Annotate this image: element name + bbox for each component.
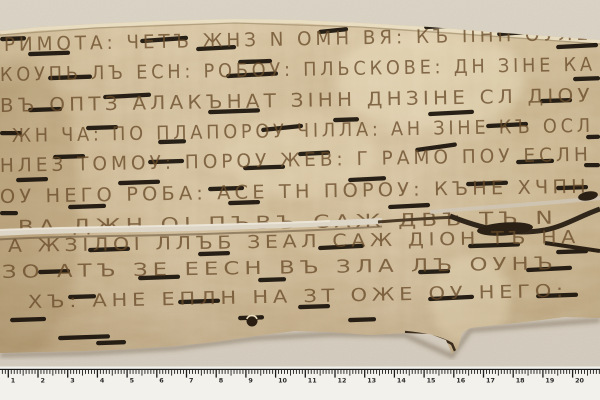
ruler-mm-tick [159,370,160,374]
ruler-mm-tick [254,370,255,374]
ruler-mm-tick [49,370,50,374]
ruler-mm-tick [308,370,309,374]
ruler-mm-tick [332,370,333,374]
ruler-mm-tick [112,370,113,376]
ruler-mm-tick [73,370,74,374]
ruler-mm-tick [43,370,44,374]
ruler-mm-tick [35,370,36,374]
ruler-mm-tick [144,370,145,374]
ruler-mm-tick [403,370,404,374]
ruler-number: 8 [219,377,224,385]
ruler-mm-tick [436,370,437,374]
ruler-mm-tick [168,370,169,374]
ruler-cm-tick [364,370,365,378]
ruler-mm-tick [52,370,53,376]
ruler-mm-tick [17,370,18,374]
ruler-mm-tick [441,370,442,374]
ruler-mm-tick [418,370,419,374]
ruler-mm-tick [201,370,202,376]
ruler-mm-tick [136,370,137,374]
ruler-mm-tick [433,370,434,374]
ruler-mm-tick [219,370,220,374]
ruler-mm-tick [272,370,273,374]
ruler-number: 6 [159,377,164,385]
ruler-mm-tick [444,370,445,374]
bark-hole [247,316,258,327]
ruler-mm-tick [569,370,570,374]
ruler-mm-tick [58,370,59,374]
ruler-mm-tick [358,370,359,374]
ruler-mm-tick [528,370,529,376]
ruler-mm-tick [302,370,303,374]
ruler-mm-tick [320,370,321,376]
ruler-mm-tick [587,370,588,376]
ruler-mm-tick [103,370,104,374]
ruler-cm-tick [8,370,9,378]
ruler-mm-tick [504,370,505,374]
ruler-mm-tick [379,370,380,376]
ruler-mm-tick [516,370,517,374]
ruler-mm-tick [46,370,47,374]
ruler-number: 15 [427,377,436,385]
ruler-mm-tick [64,370,65,374]
ruler-mm-tick [130,370,131,374]
ruler-mm-tick [501,370,502,374]
ruler-cm-tick [483,370,484,378]
ruler-mm-tick [480,370,481,374]
ruler-mm-tick [100,370,101,374]
ruler-cm-tick [513,370,514,378]
ruler-cm-tick [156,370,157,378]
ruler-mm-tick [192,370,193,374]
ruler-mm-tick [486,370,487,374]
ruler-mm-tick [139,370,140,374]
ruler-number: 3 [70,377,74,385]
ruler-mm-tick [5,370,6,374]
ruler-number: 16 [456,377,465,385]
ruler-mm-tick [79,370,80,374]
ruler-mm-tick [388,370,389,374]
ruler-mm-tick [121,370,122,374]
ruler-mm-tick [153,370,154,374]
ruler-mm-tick [106,370,107,374]
ruler-mm-tick [370,370,371,374]
ruler-mm-tick [41,370,42,374]
ruler-mm-tick [474,370,475,374]
ruler-mm-tick [415,370,416,374]
ruler-number: 2 [41,377,45,385]
ruler-mm-tick [94,370,95,374]
ruler-mm-tick [593,370,594,374]
ruler-cm-tick [37,370,38,378]
ruler-mm-tick [477,370,478,374]
ruler-mm-tick [222,370,223,374]
ruler-mm-tick [237,370,238,374]
ruler-number: 14 [397,377,406,385]
ruler-mm-tick [539,370,540,374]
ruler-mm-tick [118,370,119,374]
ruler-mm-tick [329,370,330,374]
ruler-mm-tick [343,370,344,374]
ruler-mm-tick [465,370,466,374]
ruler-mm-tick [32,370,33,374]
ruler-mm-tick [269,370,270,374]
ruler-cm-tick [453,370,454,378]
ruler-mm-tick [566,370,567,374]
ruler-mm-tick [162,370,163,374]
ruler-number: 20 [575,377,584,385]
ruler-mm-tick [537,370,538,374]
ruler-number: 5 [130,377,134,385]
ruler-mm-tick [373,370,374,374]
ruler-mm-tick [2,370,3,374]
ruler-mm-tick [76,370,77,374]
ruler-mm-tick [195,370,196,374]
ruler-number: 11 [308,377,317,385]
ruler-mm-tick [346,370,347,374]
ruler-mm-tick [213,370,214,374]
ruler-mm-tick [510,370,511,374]
ruler-mm-tick [14,370,15,374]
ruler-number: 13 [367,377,376,385]
ruler-mm-tick [228,370,229,374]
ruler-mm-tick [284,370,285,374]
ruler-mm-tick [406,370,407,374]
ruler-mm-tick [409,370,410,376]
ruler-mm-tick [385,370,386,374]
ruler-mm-tick [338,370,339,374]
ruler-mm-tick [293,370,294,374]
ruler-mm-tick [165,370,166,374]
ruler-cm-tick [305,370,306,378]
ruler-number: 17 [486,377,495,385]
ruler-mm-tick [391,370,392,374]
ruler-mm-tick [183,370,184,374]
ruler-cm-tick [334,370,335,378]
ruler-mm-tick [70,370,71,374]
ruler-number: 9 [248,377,253,385]
ruler-mm-tick [311,370,312,374]
ruler-mm-tick [198,370,199,374]
ruler-mm-tick [26,370,27,374]
ruler-mm-tick [263,370,264,374]
ruler-mm-tick [207,370,208,374]
ruler-mm-tick [421,370,422,374]
ruler-mm-tick [266,370,267,374]
ruler-cm-tick [126,370,127,378]
ruler-mm-tick [290,370,291,376]
ruler-mm-tick [257,370,258,374]
ruler-mm-tick [88,370,89,374]
ruler-mm-tick [525,370,526,374]
ruler-mm-tick [147,370,148,374]
cm-ruler: 1234567891011121314151617181920 [0,367,600,400]
ruler-cm-tick [245,370,246,378]
ruler-mm-tick [317,370,318,374]
ruler-cm-tick [275,370,276,378]
ruler-mm-tick [596,370,597,374]
ruler-number: 12 [338,377,347,385]
ruler-cm-tick [572,370,573,378]
ruler-mm-tick [459,370,460,374]
lenticel-dash [0,211,18,215]
ruler-mm-tick [115,370,116,374]
photo-of-birchbark-manuscript: ВА ДЖН ОІ ПЪВЪ САЖ ДВЪ ТЪ N РИМОТА: ЧЕТЪ… [0,0,600,400]
ruler-number: 19 [545,377,554,385]
ruler-mm-tick [124,370,125,374]
ruler-mm-tick [299,370,300,374]
ruler-mm-tick [204,370,205,374]
ruler-mm-tick [82,370,83,376]
ruler-mm-tick [231,370,232,376]
ruler-mm-tick [507,370,508,374]
ruler-mm-tick [189,370,190,374]
ruler-mm-tick [349,370,350,376]
ruler-mm-tick [23,370,24,376]
ruler-mm-tick [355,370,356,374]
ruler-mm-tick [287,370,288,374]
ruler-mm-tick [590,370,591,374]
ruler-mm-tick [382,370,383,374]
ruler-mm-tick [495,370,496,374]
ruler-mm-tick [240,370,241,374]
ruler-mm-tick [61,370,62,374]
ruler-mm-tick [400,370,401,374]
ruler-number: 18 [516,377,525,385]
ruler-cm-tick [423,370,424,378]
ruler-mm-tick [29,370,30,374]
ruler-cm-tick [542,370,543,378]
ruler-mm-tick [352,370,353,374]
ruler-mm-tick [522,370,523,374]
ruler-mm-tick [498,370,499,376]
ruler-mm-tick [210,370,211,374]
ruler-number: 10 [278,377,287,385]
ruler-mm-tick [314,370,315,374]
ruler-mm-tick [85,370,86,374]
ruler-mm-tick [177,370,178,374]
ruler-mm-tick [492,370,493,374]
ruler-mm-tick [281,370,282,374]
ruler-mm-tick [225,370,226,374]
ruler-mm-tick [171,370,172,376]
ruler-mm-tick [462,370,463,374]
ruler-mm-tick [323,370,324,374]
ruler-mm-tick [20,370,21,374]
ruler-cm-tick [97,370,98,378]
ruler-mm-tick [234,370,235,374]
ruler-mm-tick [397,370,398,374]
ruler-mm-tick [439,370,440,376]
ruler-mm-tick [150,370,151,374]
ruler-mm-tick [91,370,92,374]
ruler-cm-tick [216,370,217,378]
birchbark-photo-svg: ВА ДЖН ОІ ПЪВЪ САЖ ДВЪ ТЪ N РИМОТА: ЧЕТЪ… [0,0,600,400]
ruler-mm-tick [361,370,362,374]
ruler-cm-tick [186,370,187,378]
ruler-number: 1 [11,377,15,385]
ruler-mm-tick [456,370,457,374]
ruler-edge-line [0,369,600,370]
bark-texture-group: ВА ДЖН ОІ ПЪВЪ САЖ ДВЪ ТЪ N РИМОТА: ЧЕТЪ… [0,0,600,360]
ruler-mm-tick [296,370,297,374]
ruler-mm-tick [584,370,585,374]
ruler-mm-tick [251,370,252,374]
ruler-mm-tick [447,370,448,374]
ruler-mm-tick [545,370,546,374]
ruler-mm-tick [180,370,181,374]
ruler-mm-tick [430,370,431,374]
ruler-mm-tick [11,370,12,374]
ruler-mm-tick [450,370,451,374]
ruler-mm-tick [563,370,564,374]
ruler-mm-tick [560,370,561,374]
ruler-mm-tick [278,370,279,374]
ruler-mm-tick [248,370,249,374]
ruler-mm-tick [427,370,428,374]
ruler-mm-tick [133,370,134,374]
ruler-mm-tick [519,370,520,374]
ruler-mm-tick [554,370,555,374]
ruler-mm-tick [412,370,413,374]
ruler-mm-tick [376,370,377,374]
ruler-number: 7 [189,377,193,385]
ruler-mm-tick [340,370,341,374]
ruler-cm-tick [394,370,395,378]
ruler-mm-tick [468,370,469,376]
ruler-mm-tick [367,370,368,374]
ruler-mm-tick [575,370,576,374]
ruler-mm-tick [531,370,532,374]
ruler-mm-tick [326,370,327,374]
ruler-mm-tick [471,370,472,374]
ruler-mm-tick [548,370,549,374]
ruler-mm-tick [260,370,261,376]
ruler-mm-tick [55,370,56,374]
ruler-mm-tick [581,370,582,374]
ruler-mm-tick [578,370,579,374]
ruler-mm-tick [142,370,143,376]
ruler-mm-tick [534,370,535,374]
ruler-mm-tick [109,370,110,374]
ruler-cm-tick [67,370,68,378]
ruler-mm-tick [551,370,552,374]
ruler-mm-tick [489,370,490,374]
ruler-mm-tick [174,370,175,374]
ruler-mm-tick [557,370,558,376]
ruler-mm-tick [242,370,243,374]
ruler-number: 4 [100,377,105,385]
